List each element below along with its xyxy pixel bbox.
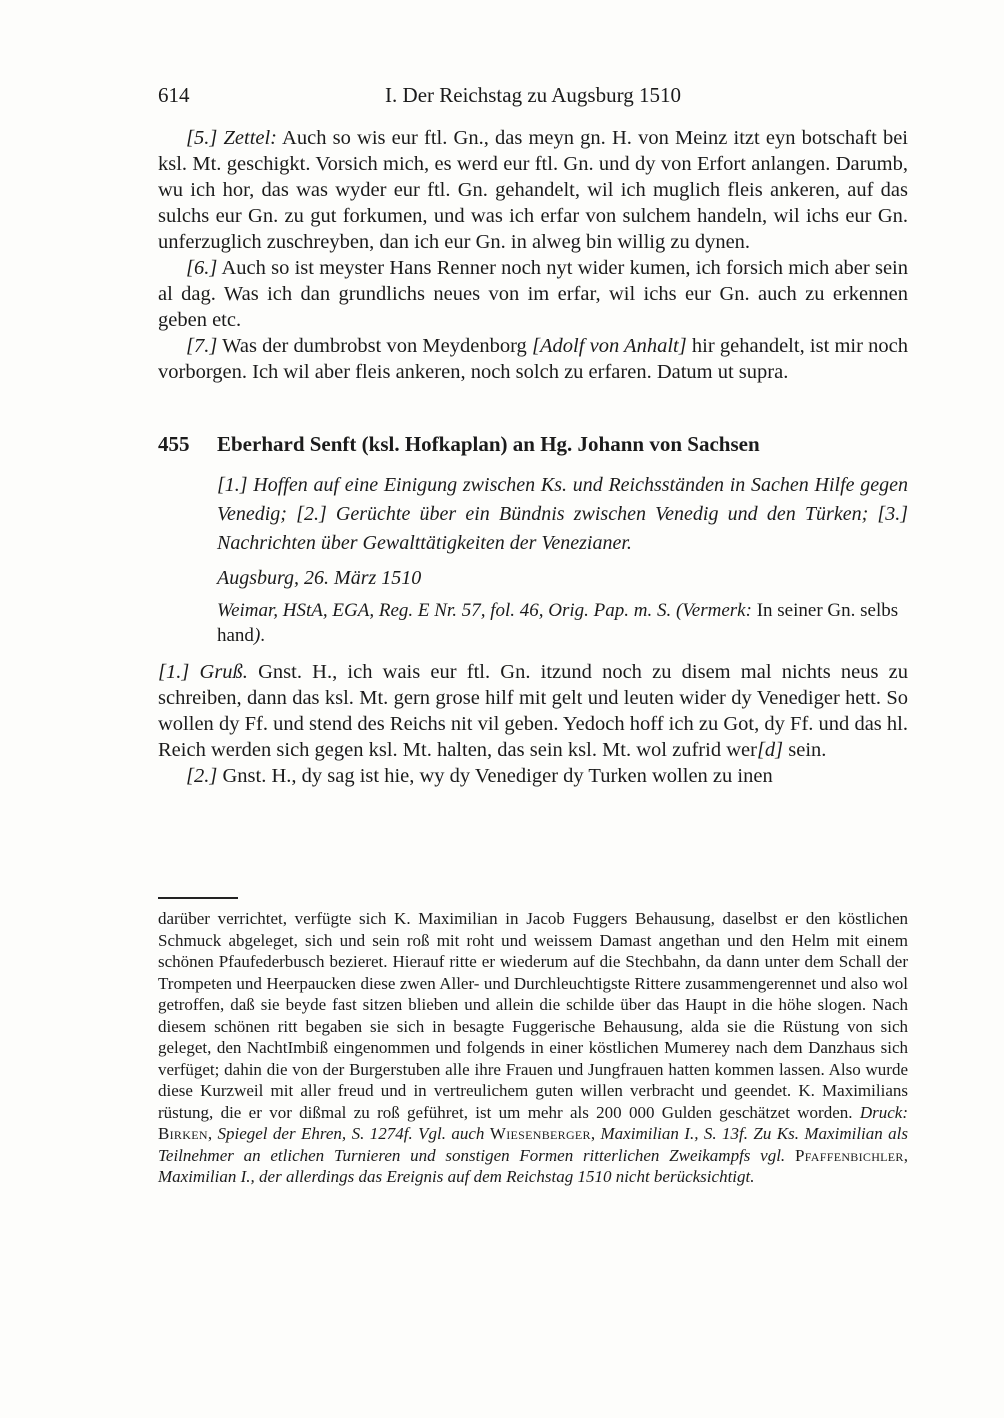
- page-header: 614 I. Der Reichstag zu Augsburg 1510: [158, 83, 908, 107]
- entry-455: 455 Eberhard Senft (ksl. Hofkaplan) an H…: [158, 431, 908, 789]
- letter-paragraph-1: [1.] Gruß. Gnst. H., ich wais eur ftl. G…: [158, 659, 908, 763]
- text-segment: sein.: [783, 739, 826, 761]
- text-column: 614 I. Der Reichstag zu Augsburg 1510 [5…: [158, 83, 908, 789]
- text-segment: ,: [591, 1124, 601, 1143]
- text-segment: ,: [904, 1146, 908, 1165]
- book-page: 614 I. Der Reichstag zu Augsburg 1510 [5…: [0, 0, 1004, 1418]
- text-segment: Was der dumbrobst von Meydenborg: [217, 335, 532, 357]
- entry-number: 455: [158, 431, 217, 457]
- letter-paragraph-2: [2.] Gnst. H., dy sag ist hie, wy dy Ven…: [158, 763, 908, 789]
- text-segment: .: [260, 625, 265, 646]
- footnote-text: darüber verrichtet, verfügte sich K. Max…: [158, 908, 908, 1188]
- preceding-letter-text: [5.] Zettel: Auch so wis eur ftl. Gn., d…: [158, 125, 908, 385]
- paragraph-5-zettel: [5.] Zettel: Auch so wis eur ftl. Gn., d…: [158, 125, 908, 255]
- text-segment: Birken: [158, 1124, 208, 1143]
- text-segment: [1.] Gruß.: [158, 661, 248, 683]
- paragraph-6: [6.] Auch so ist meyster Hans Renner noc…: [158, 255, 908, 333]
- letter-text: [1.] Gruß. Gnst. H., ich wais eur ftl. G…: [158, 659, 908, 789]
- text-segment: [d]: [757, 739, 783, 761]
- entry-source: Weimar, HStA, EGA, Reg. E Nr. 57, fol. 4…: [217, 598, 908, 648]
- page-number: 614: [158, 83, 190, 107]
- entry-summary: [1.] Hoffen auf eine Einigung zwischen K…: [217, 471, 908, 558]
- footnote-separator-rule: [158, 897, 238, 899]
- text-segment: Pfaffenbichler: [795, 1146, 904, 1165]
- text-segment: Auch so ist meyster Hans Renner noch nyt…: [158, 257, 908, 331]
- entry-dateline: Augsburg, 26. März 1510: [217, 565, 908, 591]
- footnote: darüber verrichtet, verfügte sich K. Max…: [158, 897, 908, 1188]
- text-segment: [6.]: [186, 257, 217, 279]
- text-segment: Maximilian I., der allerdings das Ereign…: [158, 1167, 755, 1186]
- text-segment: [Adolf von Anhalt]: [532, 335, 687, 357]
- text-segment: Gnst. H., dy sag ist hie, wy dy Venedige…: [217, 765, 772, 787]
- text-segment: Spiegel der Ehren, S. 1274f. Vgl. auch: [217, 1124, 489, 1143]
- text-segment: [2.]: [186, 765, 217, 787]
- text-segment: [7.]: [186, 335, 217, 357]
- entry-heading: 455 Eberhard Senft (ksl. Hofkaplan) an H…: [158, 431, 908, 457]
- entry-title: Eberhard Senft (ksl. Hofkaplan) an Hg. J…: [217, 431, 760, 457]
- paragraph-7: [7.] Was der dumbrobst von Meydenborg [A…: [158, 333, 908, 385]
- text-segment: [5.] Zettel:: [186, 127, 277, 149]
- text-segment: Weimar, HStA, EGA, Reg. E Nr. 57, fol. 4…: [217, 600, 752, 621]
- running-title: I. Der Reichstag zu Augsburg 1510: [158, 83, 908, 107]
- text-segment: Druck:: [860, 1103, 908, 1122]
- text-segment: Wiesenberger: [490, 1124, 591, 1143]
- text-segment: darüber verrichtet, verfügte sich K. Max…: [158, 909, 908, 1122]
